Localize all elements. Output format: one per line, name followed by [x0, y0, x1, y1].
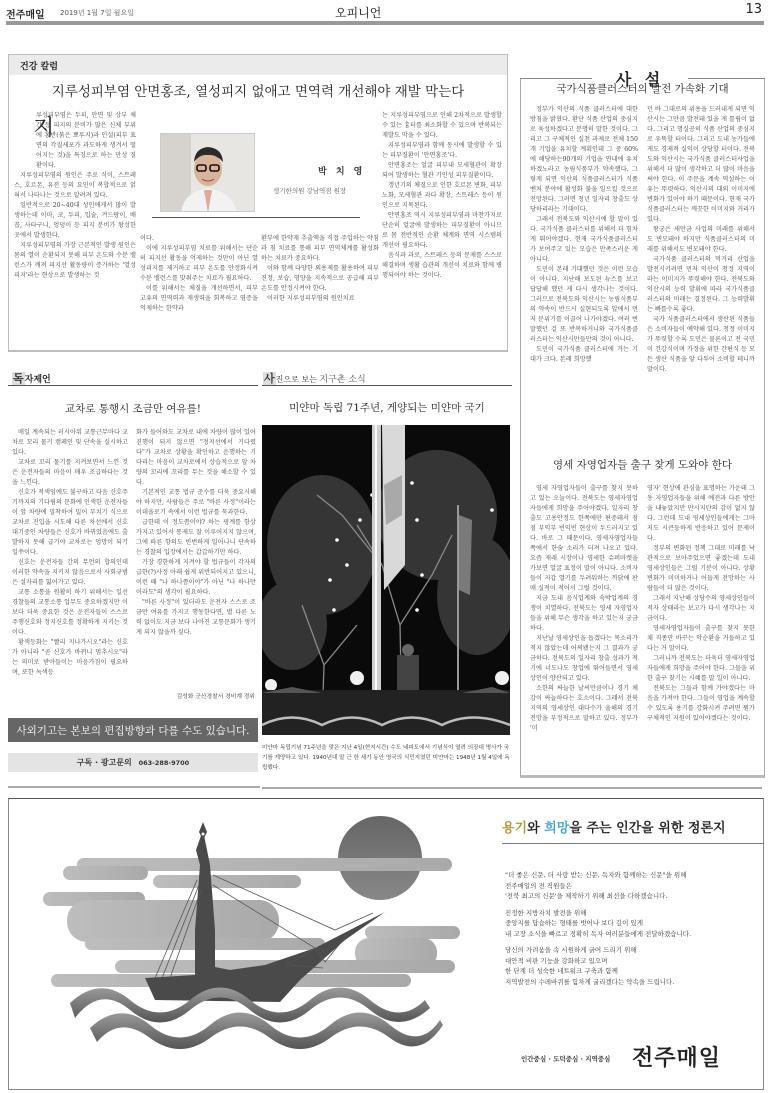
mid-divider	[262, 787, 762, 789]
author-portrait-icon	[161, 134, 255, 212]
subscription-bar: 구독 · 광고문의 063-288-9700	[8, 753, 258, 772]
ad-motto: 인간중심 · 도덕중심 · 지역중심	[521, 1054, 610, 1063]
reader-column-tag: 독자제언	[12, 370, 51, 386]
disclaimer-bar: 사외기고는 본보의 편집방향과 다를 수도 있습니다.	[8, 718, 258, 742]
slogan-courage: 용기	[502, 821, 527, 836]
health-col-3: 환부에 한약재 추출액을 직접 주입하는 약침과 침 치료를 통해 피부 면역체…	[261, 234, 379, 304]
editorial-top-rule-left	[520, 78, 592, 79]
photo-caption: 미얀마 독립기념 71주년을 맞은 지난 4일(현지시간) 수도 네피도에서 기…	[262, 743, 512, 773]
slogan-hope: 희망	[544, 821, 569, 836]
issue-date: 2019년 1월 7일 월요일	[60, 8, 134, 18]
masthead: 전주매일	[6, 6, 45, 21]
editorial-2-col-1: 영세 자영업자들이 출구를 찾지 못하고 있는 오늘이다. 전북도는 영세자영업…	[530, 484, 638, 734]
health-col-2: 이다. 이에 지루성피부염 치료를 위해서는 단순히 피지선 활동을 억제하는 …	[140, 234, 258, 314]
health-column-title: 지루성피부염 안면홍조, 열성피지 없애고 면역력 개선해야 재발 막는다	[9, 80, 507, 100]
flag-raising-photo	[262, 425, 510, 735]
reader-col-1: 매일 계속되는 러시아워 교통근무마다 교차로 꼬리 물기 캠페인 및 단속을 …	[12, 428, 128, 678]
page-number: 13	[745, 2, 762, 17]
editorial-top-rule-right	[688, 78, 765, 79]
ship-illustration	[25, 810, 475, 1084]
editorial-1-col-1: 정부가 익산의 식품 클러스터에 대한 방침을 밝혔다. 환단 식품 산업의 중…	[530, 105, 638, 365]
photo-tag-middle: 진으로 보는	[276, 375, 320, 384]
author-photo	[160, 133, 255, 212]
photo-tag-rest: 지구촌 소식	[319, 375, 365, 385]
ad-slogan: 용기와 희망을 주는 인간을 위한 정론지	[502, 817, 726, 836]
health-col-4: 는 지루성피부염으로 인해 2차적으로 발생할 수 있는 흉터를 최소화할 수 …	[382, 111, 502, 281]
ad-divider	[502, 843, 764, 844]
health-column-tag: 건강 칼럼	[9, 55, 507, 75]
author-role: 생기한의원 강남역점 원장	[273, 186, 346, 195]
reader-signature: 김성화 군산경찰서 경비계 경위	[130, 691, 255, 700]
reader-tag-initial: 독	[12, 372, 25, 385]
header-divider	[6, 21, 764, 25]
reader-column-title: 교차로 통행시 조금만 여유를!	[8, 401, 258, 416]
health-col-1: 루성피부염은 두피, 안면 및 상부 체간 등 피지의 분비가 많은 신체 부위…	[14, 111, 136, 281]
ad-paragraph-3: 당신의 가려움을 속 시원하게 긁어 드리기 위해 대안적 비판 기능을 강화하…	[505, 945, 760, 987]
subscription-label: 구독 · 광고문의	[77, 758, 132, 767]
photo-news-title: 미얀마 독립 71주년, 게양되는 미얀마 국기	[262, 400, 512, 415]
pen-ship-illustration-icon	[25, 810, 475, 1080]
section-title: 오피니언	[335, 4, 381, 21]
author-name: 박 치 영	[318, 164, 365, 177]
ad-paragraph-2: 진정한 지방자치 발전을 위해 중앙지를 답습하는 형태를 벗어나 보다 깊이 …	[505, 908, 760, 940]
reader-column-divider	[8, 385, 258, 386]
photo-news-tag: 사진으로 보는 지구촌 소식	[263, 370, 366, 386]
bottom-left-divider	[8, 786, 260, 788]
ad-paragraph-1: "더 좋은 신문, 더 사랑 받는 신문, 독자와 함께하는 신문"을 위해 전…	[505, 870, 760, 902]
photo-tag-initial: 사	[263, 372, 276, 385]
flag-ceremony-image-icon	[262, 425, 510, 735]
ad-body: "더 좋은 신문, 더 사랑 받는 신문, 독자와 함께하는 신문"을 위해 전…	[505, 870, 760, 993]
slogan-and: 와	[527, 821, 544, 836]
subscription-phone[interactable]: 063-288-9700	[139, 759, 190, 767]
editorial-1-col-2: 던 바 그대로의 위용을 드러내게 되면 익산시는 그만큼 발전돼 있을 게 틀…	[647, 105, 755, 375]
reader-col-2: 화가 들어와도 교차로 내에 차량이 많이 있어 진행이 되지 않으면 "정지선…	[136, 428, 256, 638]
slogan-rest: 을 주는 인간을 위한 정론지	[569, 821, 725, 836]
photo-divider	[152, 217, 257, 218]
photo-news-divider	[262, 385, 512, 386]
editorial-1-title: 국가식품클러스터의 발전 가속화 기대	[521, 81, 764, 96]
editorial-2-col-2: 영자' 현상에 관심을 표명하는 가운데 그동 자영업자들을 위해 예전과 다른…	[647, 484, 755, 724]
editorial-2-title: 영세 자영업자들 출구 찾게 도와야 한다	[521, 457, 764, 472]
author-divider	[252, 217, 360, 218]
reader-tag-rest: 자제언	[25, 375, 51, 385]
newspaper-logo: 전주매일	[632, 1041, 721, 1072]
